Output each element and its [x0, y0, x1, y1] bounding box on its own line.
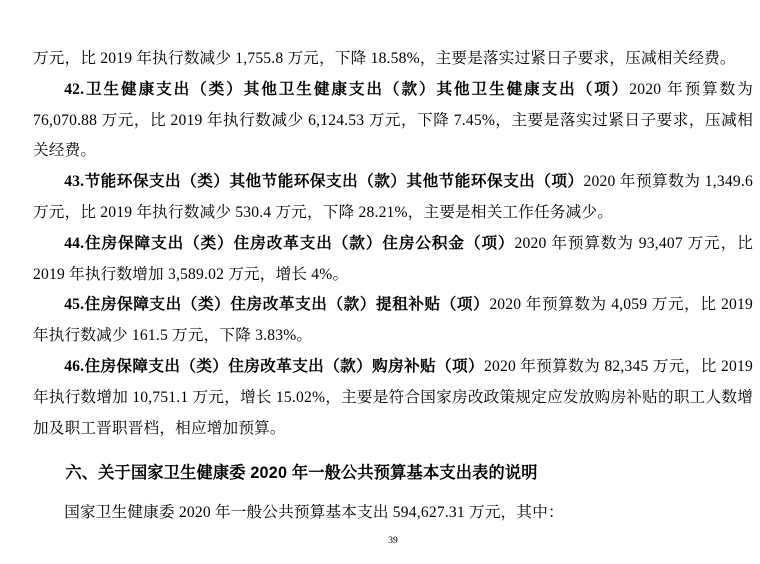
budget-item-45: 45.住房保障支出（类）住房改革支出（款）提租补贴（项）2020 年预算数为 4…: [33, 290, 753, 352]
budget-item-45-title: 45.住房保障支出（类）住房改革支出（款）提租补贴（项）: [64, 296, 489, 313]
budget-item-43-title: 43.节能环保支出（类）其他节能环保支出（款）其他节能环保支出（项）: [64, 173, 583, 190]
closing-paragraph: 国家卫生健康委 2020 年一般公共预算基本支出 594,627.31 万元，其…: [33, 498, 753, 529]
section-heading: 六、关于国家卫生健康委 2020 年一般公共预算基本支出表的说明: [33, 458, 753, 489]
budget-item-43: 43.节能环保支出（类）其他节能环保支出（款）其他节能环保支出（项）2020 年…: [33, 167, 753, 229]
paragraph-continuation-text: 万元，比 2019 年执行数减少 1,755.8 万元，下降 18.58%，主要…: [33, 50, 736, 67]
budget-item-46: 46.住房保障支出（类）住房改革支出（款）购房补贴（项）2020 年预算数为 8…: [33, 352, 753, 444]
budget-item-44-title: 44.住房保障支出（类）住房改革支出（款）住房公积金（项）: [64, 235, 514, 252]
budget-item-44: 44.住房保障支出（类）住房改革支出（款）住房公积金（项）2020 年预算数为 …: [33, 229, 753, 291]
budget-item-42: 42.卫生健康支出（类）其他卫生健康支出（款）其他卫生健康支出（项）2020 年…: [33, 75, 753, 167]
page-number: 39: [33, 535, 753, 548]
budget-item-42-title: 42.卫生健康支出（类）其他卫生健康支出（款）其他卫生健康支出（项）: [64, 81, 629, 98]
paragraph-continuation: 万元，比 2019 年执行数减少 1,755.8 万元，下降 18.58%，主要…: [33, 44, 753, 75]
document-page: 万元，比 2019 年执行数减少 1,755.8 万元，下降 18.58%，主要…: [0, 0, 760, 564]
budget-item-46-title: 46.住房保障支出（类）住房改革支出（款）购房补贴（项）: [64, 358, 484, 375]
